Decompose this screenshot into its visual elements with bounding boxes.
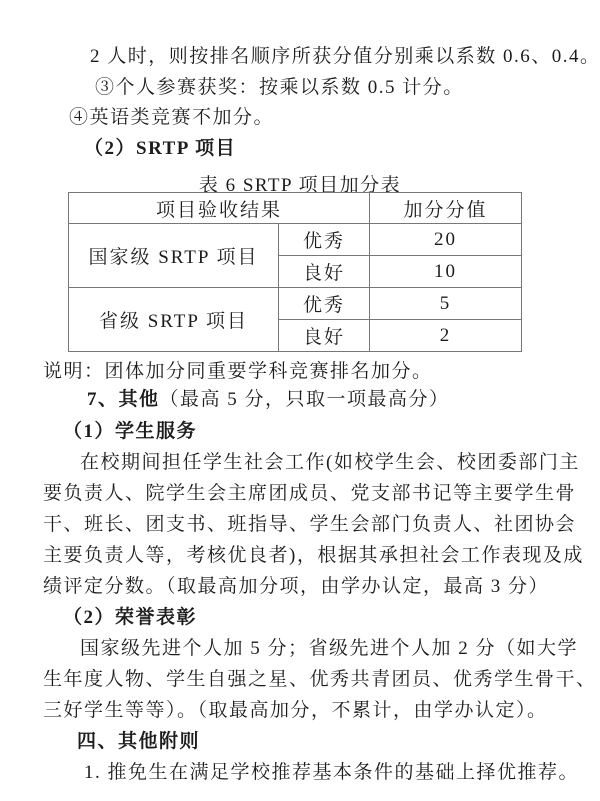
cell-grade: 良好 (279, 256, 370, 288)
honor-paragraph-line: 三好学生等等）。（取最高加分，不累计，由学办认定）。 (43, 699, 548, 722)
individual-award-rule-line: ③个人参赛获奖：按乘以系数 0.5 计分。 (95, 76, 464, 99)
cell-grade: 良好 (279, 320, 370, 352)
cell-grade: 优秀 (279, 288, 370, 320)
cell-grade: 优秀 (279, 224, 370, 256)
heading-other-note: （最高 5 分，只取一项最高分） (160, 389, 450, 410)
section-heading-other: 7、其他（最高 5 分，只取一项最高分） (87, 388, 450, 411)
honor-paragraph-line: 国家级先进个人加 5 分；省级先进个人加 2 分（如大学 (80, 637, 578, 660)
service-paragraph-line: 要负责人、院学生会主席团成员、党支部书记等主要学生骨 (43, 482, 576, 505)
header-cell-result: 项目验收结果 (69, 193, 370, 224)
service-paragraph-line: 干、班长、团支书、班指导、学生会部门负责人、社团协会 (43, 513, 576, 536)
coefficient-rule-line: 2 人时，则按排名顺序所获分值分别乘以系数 0.6、0.4。 (90, 45, 600, 68)
section-heading-student-service: （1）学生服务 (63, 420, 197, 443)
document-page: 2 人时，则按排名顺序所获分值分别乘以系数 0.6、0.4。 ③个人参赛获奖：按… (0, 0, 600, 801)
table-row: 国家级 SRTP 项目 优秀 20 (69, 224, 522, 256)
service-paragraph-line: 在校期间担任学生社会工作(如校学生会、校团委部门主 (80, 451, 580, 474)
cell-score: 10 (370, 256, 522, 288)
service-paragraph-line: 绩评定分数。（取最高加分项，由学办认定，最高 3 分） (43, 575, 549, 598)
header-cell-score: 加分分值 (370, 193, 522, 224)
service-paragraph-line: 主要负责人等，考核优良者)，根据其承担社会工作表现及成 (43, 544, 584, 567)
srtp-score-table: 项目验收结果 加分分值 国家级 SRTP 项目 优秀 20 良好 10 省级 S… (68, 192, 522, 352)
table-note-line: 说明：团体加分同重要学科竞赛排名加分。 (43, 360, 433, 383)
cell-project-national: 国家级 SRTP 项目 (69, 224, 279, 288)
section-heading-honor: （2）荣誉表彰 (63, 606, 197, 629)
section-heading-appendix: 四、其他附则 (77, 730, 200, 753)
cell-project-provincial: 省级 SRTP 项目 (69, 288, 279, 352)
cell-score: 2 (370, 320, 522, 352)
cell-score: 20 (370, 224, 522, 256)
honor-paragraph-line: 生年度人物、学生自强之星、优秀共青团员、优秀学生骨干、 (43, 668, 597, 691)
cell-score: 5 (370, 288, 522, 320)
table-row: 省级 SRTP 项目 优秀 5 (69, 288, 522, 320)
appendix-paragraph-line: 1. 推免生在满足学校推荐基本条件的基础上择优推荐。 (84, 761, 579, 784)
table-header-row: 项目验收结果 加分分值 (69, 193, 522, 224)
section-heading-srtp: （2）SRTP 项目 (84, 137, 236, 160)
english-competition-rule-line: ④英语类竞赛不加分。 (69, 106, 274, 129)
heading-other-number: 7、其他 (87, 389, 160, 410)
